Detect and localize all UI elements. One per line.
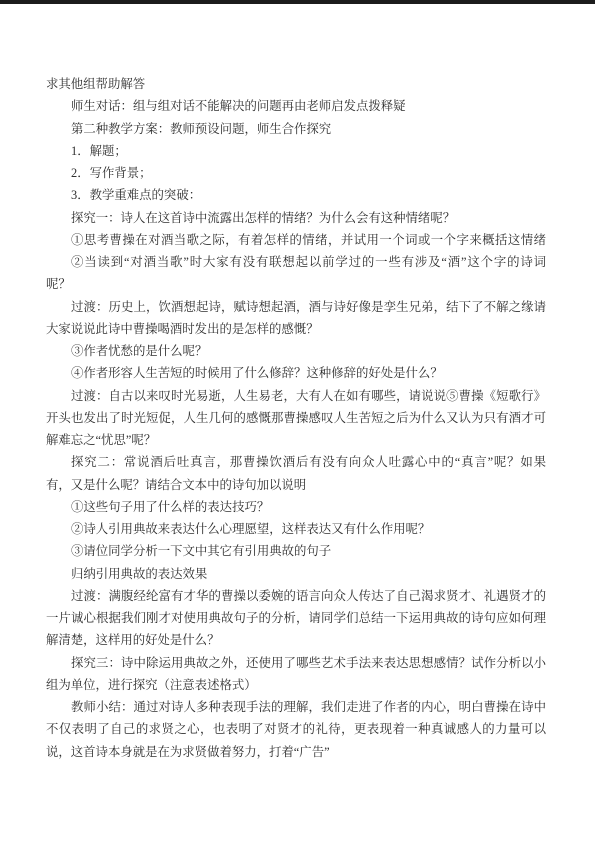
- text-line: ③请位同学分析一下文中其它有引用典故的句子: [46, 540, 546, 562]
- text-line: 探究二：常说酒后吐真言，那曹操饮酒后有没有向众人吐露心中的“真言”呢？如果: [46, 451, 546, 473]
- text-line: 一片诚心根据我们刚才对使用典故句子的分析，请同学们总结一下运用典故的诗句应如何理: [46, 607, 546, 629]
- text-line: 过渡：满腹经纶富有才华的曹操以委婉的语言向众人传达了自己渴求贤才、礼遇贤才的: [46, 585, 546, 607]
- text-line: 归纳引用典故的表达效果: [46, 563, 546, 585]
- text-line: ①这些句子用了什么样的表达技巧？: [46, 496, 546, 518]
- text-line: 探究一：诗人在这首诗中流露出怎样的情绪？为什么会有这种情绪呢？: [46, 207, 546, 229]
- text-line: 不仅表明了自己的求贤之心，也表明了对贤才的礼待，更表现着一种真诚感人的力量可以: [46, 718, 546, 740]
- text-line: ①思考曹操在对酒当歌之际，有着怎样的情绪，并试用一个词或一个字来概括这情绪: [46, 229, 546, 251]
- text-line: 开头也发出了时光短促，人生几何的感慨那曹操感叹人生苦短之后为什么又认为只有酒才可: [46, 407, 546, 429]
- text-line: 2．写作背景；: [46, 162, 546, 184]
- text-line: 解难忘之“忧思”呢？: [46, 429, 546, 451]
- text-line: 探究三：诗中除运用典故之外，还使用了哪些艺术手法来表达思想感情？试作分析以小: [46, 652, 546, 674]
- text-line: ④作者形容人生苦短的时候用了什么修辞？这种修辞的好处是什么？: [46, 362, 546, 384]
- text-line: 有，又是什么呢？请结合文本中的诗句加以说明: [46, 474, 546, 496]
- text-line: 1．解题；: [46, 140, 546, 162]
- text-line: 师生对话：组与组对话不能解决的问题再由老师启发点拨释疑: [46, 95, 546, 117]
- document-text-block: 求其他组帮助解答师生对话：组与组对话不能解决的问题再由老师启发点拨释疑第二种教学…: [46, 73, 546, 763]
- text-line: ②诗人引用典故来表达什么心理愿望，这样表达又有什么作用呢？: [46, 518, 546, 540]
- text-line: 第二种教学方案：教师预设问题，师生合作探究: [46, 118, 546, 140]
- text-line: ③作者忧愁的是什么呢？: [46, 340, 546, 362]
- text-line: 呢？: [46, 273, 546, 295]
- text-line: 教师小结：通过对诗人多种表现手法的理解，我们走进了作者的内心，明白曹操在诗中: [46, 696, 546, 718]
- text-line: 解清楚，这样用的好处是什么？: [46, 629, 546, 651]
- text-line: 说，这首诗本身就是在为求贤做着努力，打着“广告”: [46, 741, 546, 763]
- text-line: 过渡：自古以来叹时光易逝，人生易老，大有人在如有哪些，请说说⑤曹操《短歌行》: [46, 385, 546, 407]
- document-page: 求其他组帮助解答师生对话：组与组对话不能解决的问题再由老师启发点拨释疑第二种教学…: [0, 0, 595, 841]
- text-line: ②当读到“对酒当歌”时大家有没有联想起以前学过的一些有涉及“酒”这个字的诗词: [46, 251, 546, 273]
- text-line: 大家说说此诗中曹操喝酒时发出的是怎样的感慨？: [46, 318, 546, 340]
- text-line: 过渡：历史上，饮酒想起诗，赋诗想起酒，酒与诗好像是孪生兄弟，结下了不解之缘请: [46, 296, 546, 318]
- text-line: 组为单位，进行探究（注意表述格式）: [46, 674, 546, 696]
- text-line: 3．教学重难点的突破：: [46, 184, 546, 206]
- text-line: 求其他组帮助解答: [46, 73, 546, 95]
- window-top-edge: [0, 0, 595, 4]
